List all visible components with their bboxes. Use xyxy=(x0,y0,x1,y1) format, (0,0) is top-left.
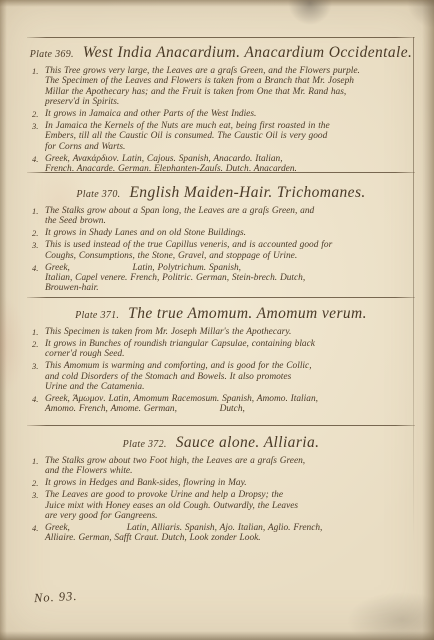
entry-text: Greek, Latin, Polytrichum. Spanish, Ital… xyxy=(45,263,415,294)
entry-item: 4. Greek, Άμωμον. Latin, Amomum Racemosu… xyxy=(27,394,415,415)
entry-number: 1. xyxy=(27,66,45,108)
entry-text: It grows in Jamaica and other Parts of t… xyxy=(45,109,415,119)
plate-section-369: Plate 369.West India Anacardium. Anacard… xyxy=(27,37,415,171)
entry-item: 4. Greek, Latin, Alliaris. Spanish, Ajo.… xyxy=(27,523,415,544)
plate-label: Plate 370. xyxy=(76,189,120,200)
entry-number: 2. xyxy=(27,109,45,119)
entry-text: This is used instead of the true Capillu… xyxy=(45,240,415,261)
entry-number: 2. xyxy=(27,228,45,238)
entry-item: 1. This Tree grows very large, the Leave… xyxy=(27,66,415,108)
entry-number: 2. xyxy=(27,339,45,360)
entry-item: 3. In Jamaica the Kernels of the Nuts ar… xyxy=(27,121,415,152)
entry-text: This Tree grows very large, the Leaves a… xyxy=(45,66,415,108)
entry-item: 2. It grows in Bunches of roundish trian… xyxy=(27,339,415,360)
section-heading: Plate 370.English Maiden-Hair. Trichoman… xyxy=(27,172,415,204)
entry-text: Greek, Latin, Alliaris. Spanish, Ajo. It… xyxy=(45,523,415,544)
entry-number: 1. xyxy=(27,206,45,227)
section-title: Sauce alone. Alliaria. xyxy=(176,434,320,451)
entry-number: 1. xyxy=(27,327,45,337)
entry-text: Greek, Άμωμον. Latin, Amomum Racemosum. … xyxy=(45,394,415,415)
entry-text: It grows in Hedges and Bank-sides, flowr… xyxy=(45,478,415,488)
entry-text: It grows in Shady Lanes and on old Stone… xyxy=(45,228,415,238)
entry-number: 3. xyxy=(27,240,45,261)
plate-section-370: Plate 370.English Maiden-Hair. Trichoman… xyxy=(27,172,415,296)
entry-text: In Jamaica the Kernels of the Nuts are m… xyxy=(45,121,415,152)
entry-item: 3. This Amomum is warming and comforting… xyxy=(27,361,415,392)
entry-number: 4. xyxy=(27,263,45,294)
entry-number: 1. xyxy=(27,456,45,477)
entry-item: 1. The Stalks grow about two Foot high, … xyxy=(27,456,415,477)
plate-section-372: Plate 372.Sauce alone. Alliaria. 1. The … xyxy=(27,425,415,560)
entry-item: 1. The Stalks grow about a Span long, th… xyxy=(27,206,415,227)
entry-item: 2. It grows in Jamaica and other Parts o… xyxy=(27,109,415,119)
section-title: The true Amomum. Amomum verum. xyxy=(128,305,367,322)
entry-item: 3. The Leaves are good to provoke Urine … xyxy=(27,490,415,521)
entry-item: 4. Greek, Ανακάρδιον. Latin, Cajous. Spa… xyxy=(27,154,415,171)
entry-text: This Specimen is taken from Mr. Joseph M… xyxy=(45,327,415,337)
entry-item: 1. This Specimen is taken from Mr. Josep… xyxy=(27,327,415,337)
section-title: English Maiden-Hair. Trichomanes. xyxy=(129,184,365,201)
herbal-index-page: Plate 369.West India Anacardium. Anacard… xyxy=(0,0,434,640)
entry-item: 4. Greek, Latin, Polytrichum. Spanish, I… xyxy=(27,263,415,294)
entry-number: 3. xyxy=(27,490,45,521)
entry-text: This Amomum is warming and comforting, a… xyxy=(45,361,415,392)
entry-text: The Leaves are good to provoke Urine and… xyxy=(45,490,415,521)
entry-number: 3. xyxy=(27,121,45,152)
plate-label: Plate 372. xyxy=(123,439,167,450)
entry-number: 4. xyxy=(27,523,45,544)
entry-item: 3. This is used instead of the true Capi… xyxy=(27,240,415,261)
entry-number: 2. xyxy=(27,478,45,488)
section-heading: Plate 371.The true Amomum. Amomum verum. xyxy=(27,297,415,325)
entry-text: Greek, Ανακάρδιον. Latin, Cajous. Spanis… xyxy=(45,154,415,171)
entry-text: The Stalks grow about a Span long, the L… xyxy=(45,206,415,227)
catalog-number: No. 93. xyxy=(34,589,78,606)
entry-text: It grows in Bunches of roundish triangul… xyxy=(45,339,415,360)
plate-label: Plate 369. xyxy=(30,49,74,60)
entry-number: 3. xyxy=(27,361,45,392)
entry-item: 2. It grows in Hedges and Bank-sides, fl… xyxy=(27,478,415,488)
entry-number: 4. xyxy=(27,154,45,171)
plate-label: Plate 371. xyxy=(75,310,119,321)
section-heading: Plate 372.Sauce alone. Alliaria. xyxy=(27,425,415,454)
plate-section-371: Plate 371.The true Amomum. Amomum verum.… xyxy=(27,297,415,424)
section-heading: Plate 369.West India Anacardium. Anacard… xyxy=(27,37,415,64)
entry-number: 4. xyxy=(27,394,45,415)
section-title: West India Anacardium. Anacardium Occide… xyxy=(83,44,413,61)
entry-text: The Stalks grow about two Foot high, the… xyxy=(45,456,415,477)
entry-item: 2. It grows in Shady Lanes and on old St… xyxy=(27,228,415,238)
